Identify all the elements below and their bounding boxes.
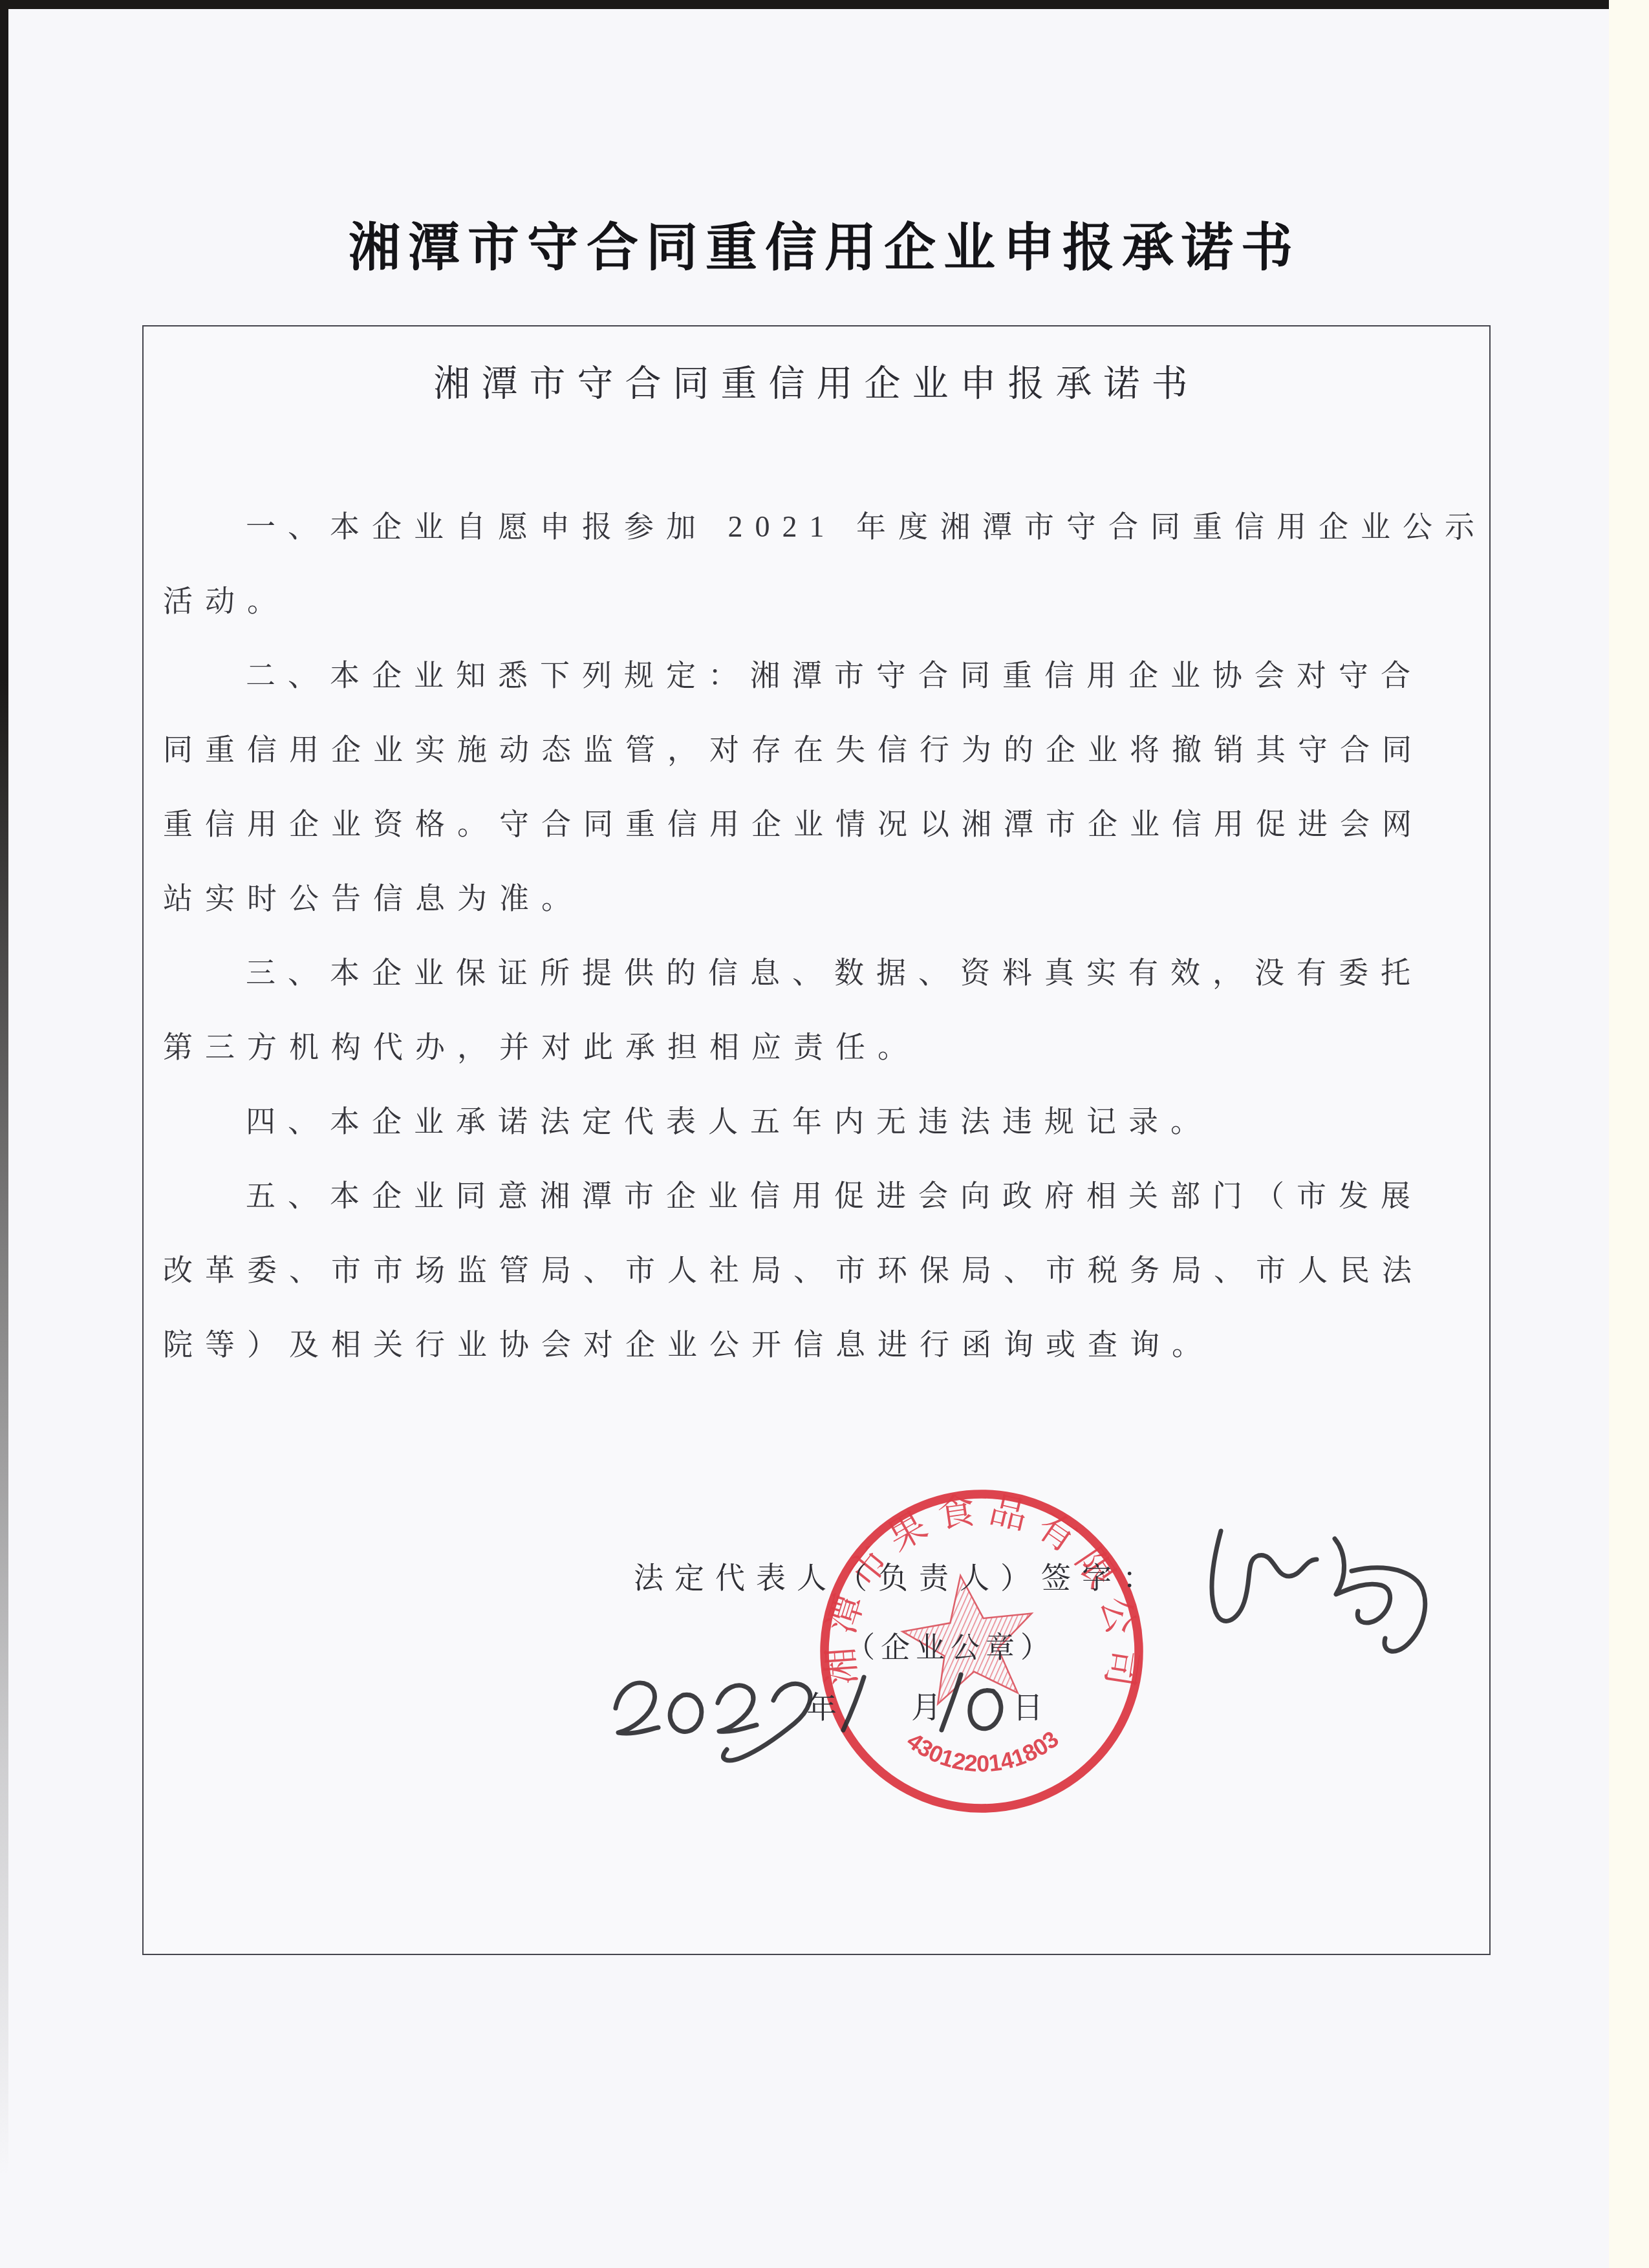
handwritten-date-year [616,1683,810,1760]
handwritten-date-month [843,1677,864,1730]
handwriting-layer [0,0,1649,2268]
handwritten-date-day [942,1674,1001,1730]
scanned-document-page: 湘潭市守合同重信用企业申报承诺书 湘潭市守合同重信用企业申报承诺书 一、本企业自… [0,0,1649,2268]
signature-autograph [1212,1531,1425,1651]
